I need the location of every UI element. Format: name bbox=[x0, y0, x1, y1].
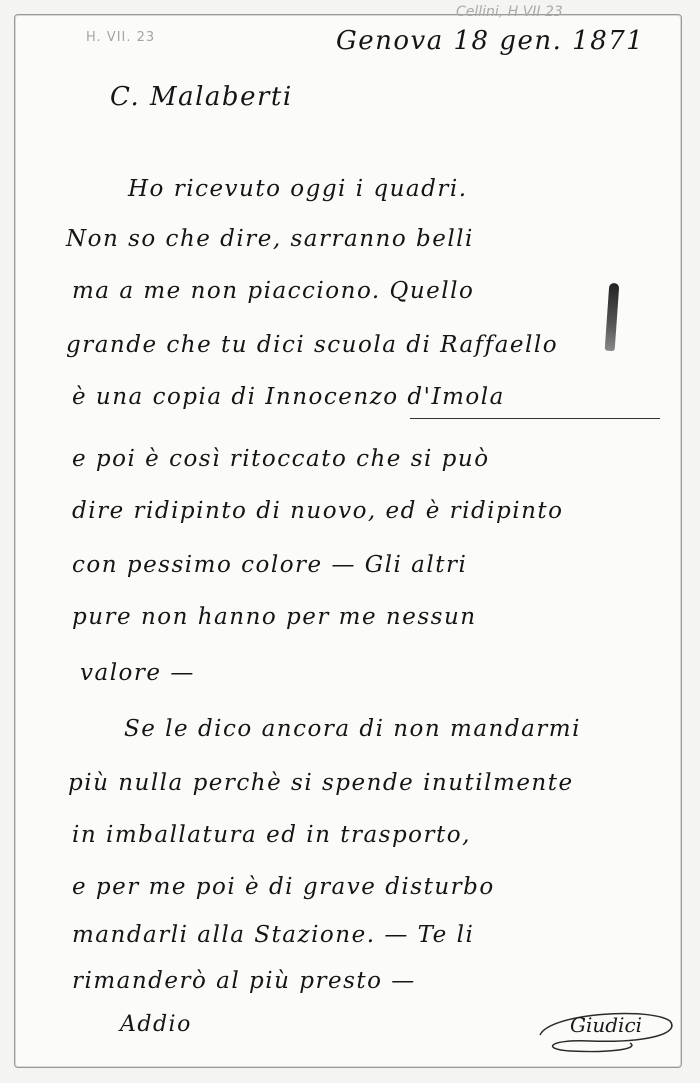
underline-stroke bbox=[410, 418, 660, 419]
letter-line: grande che tu dici scuola di Raffaello bbox=[66, 332, 558, 358]
salutation: C. Malaberti bbox=[110, 82, 293, 112]
closing: Addio bbox=[120, 1012, 192, 1037]
letter-line: e per me poi è di grave disturbo bbox=[72, 874, 495, 900]
letter-line: Non so che dire, sarranno belli bbox=[66, 226, 474, 252]
letter-line: ma a me non piacciono. Quello bbox=[72, 278, 474, 304]
signature: Giudici bbox=[530, 1003, 680, 1055]
letter-line: mandarli alla Stazione. — Te li bbox=[72, 922, 474, 948]
letter-line: Se le dico ancora di non mandarmi bbox=[124, 716, 581, 742]
archive-pencil-note: Cellini, H VII 23 bbox=[456, 4, 563, 20]
dateline: Genova 18 gen. 1871 bbox=[336, 26, 644, 56]
letter-line: in imballatura ed in trasporto, bbox=[72, 822, 471, 848]
shelfmark-label: H. VII. 23 bbox=[86, 30, 155, 45]
letter-line-text: è una copia di Innocenzo d'Imola bbox=[72, 384, 505, 410]
letter-line: dire ridipinto di nuovo, ed è ridipinto bbox=[72, 498, 564, 524]
letter-line: più nulla perchè si spende inutilmente bbox=[68, 770, 574, 796]
letter-line: Ho ricevuto oggi i quadri. bbox=[128, 176, 468, 202]
signature-text: Giudici bbox=[570, 1013, 642, 1037]
letter-line: è una copia di Innocenzo d'Imola bbox=[72, 384, 505, 410]
letter-line: rimanderò al più presto — bbox=[72, 968, 416, 994]
letter-line: valore — bbox=[80, 660, 195, 686]
letter-line: e poi è così ritoccato che si può bbox=[72, 446, 490, 472]
letter-line: pure non hanno per me nessun bbox=[72, 604, 477, 630]
letter-sheet bbox=[14, 14, 682, 1068]
letter-line: con pessimo colore — Gli altri bbox=[72, 552, 467, 578]
